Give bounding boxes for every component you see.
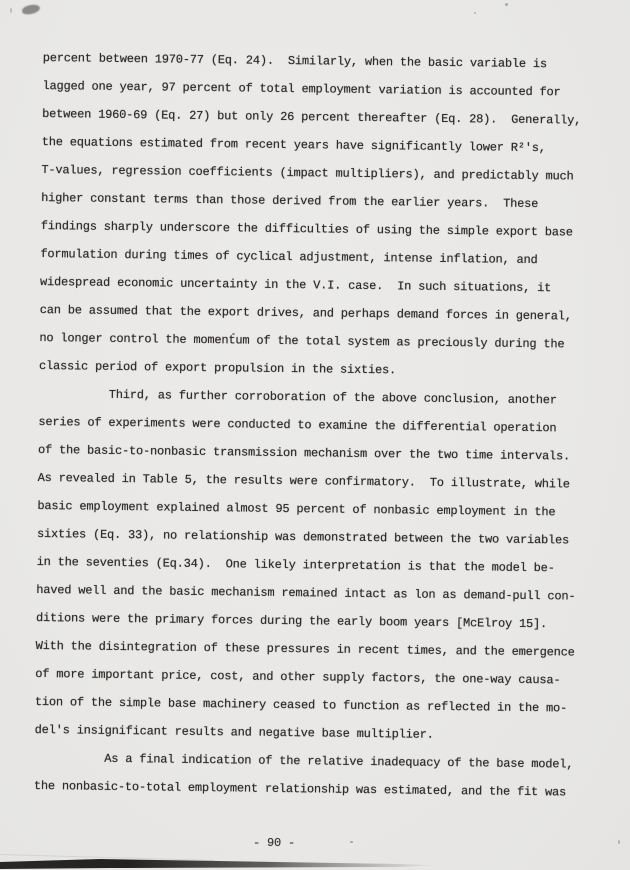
scan-speck (474, 12, 476, 14)
scan-streak-bottom (0, 857, 440, 870)
body-text: percent between 1970-77 (Eq. 24). Simila… (34, 44, 603, 807)
scan-speck (505, 3, 508, 6)
ink-smudge-top-left (21, 4, 40, 15)
scan-speck (10, 8, 12, 13)
scan-speck (350, 841, 353, 843)
scanned-page: percent between 1970-77 (Eq. 24). Simila… (0, 0, 630, 870)
text-line: the nonbasic-to-total employment relatio… (34, 772, 594, 807)
page-number: - 90 - (253, 836, 295, 850)
scan-speck (618, 840, 620, 844)
